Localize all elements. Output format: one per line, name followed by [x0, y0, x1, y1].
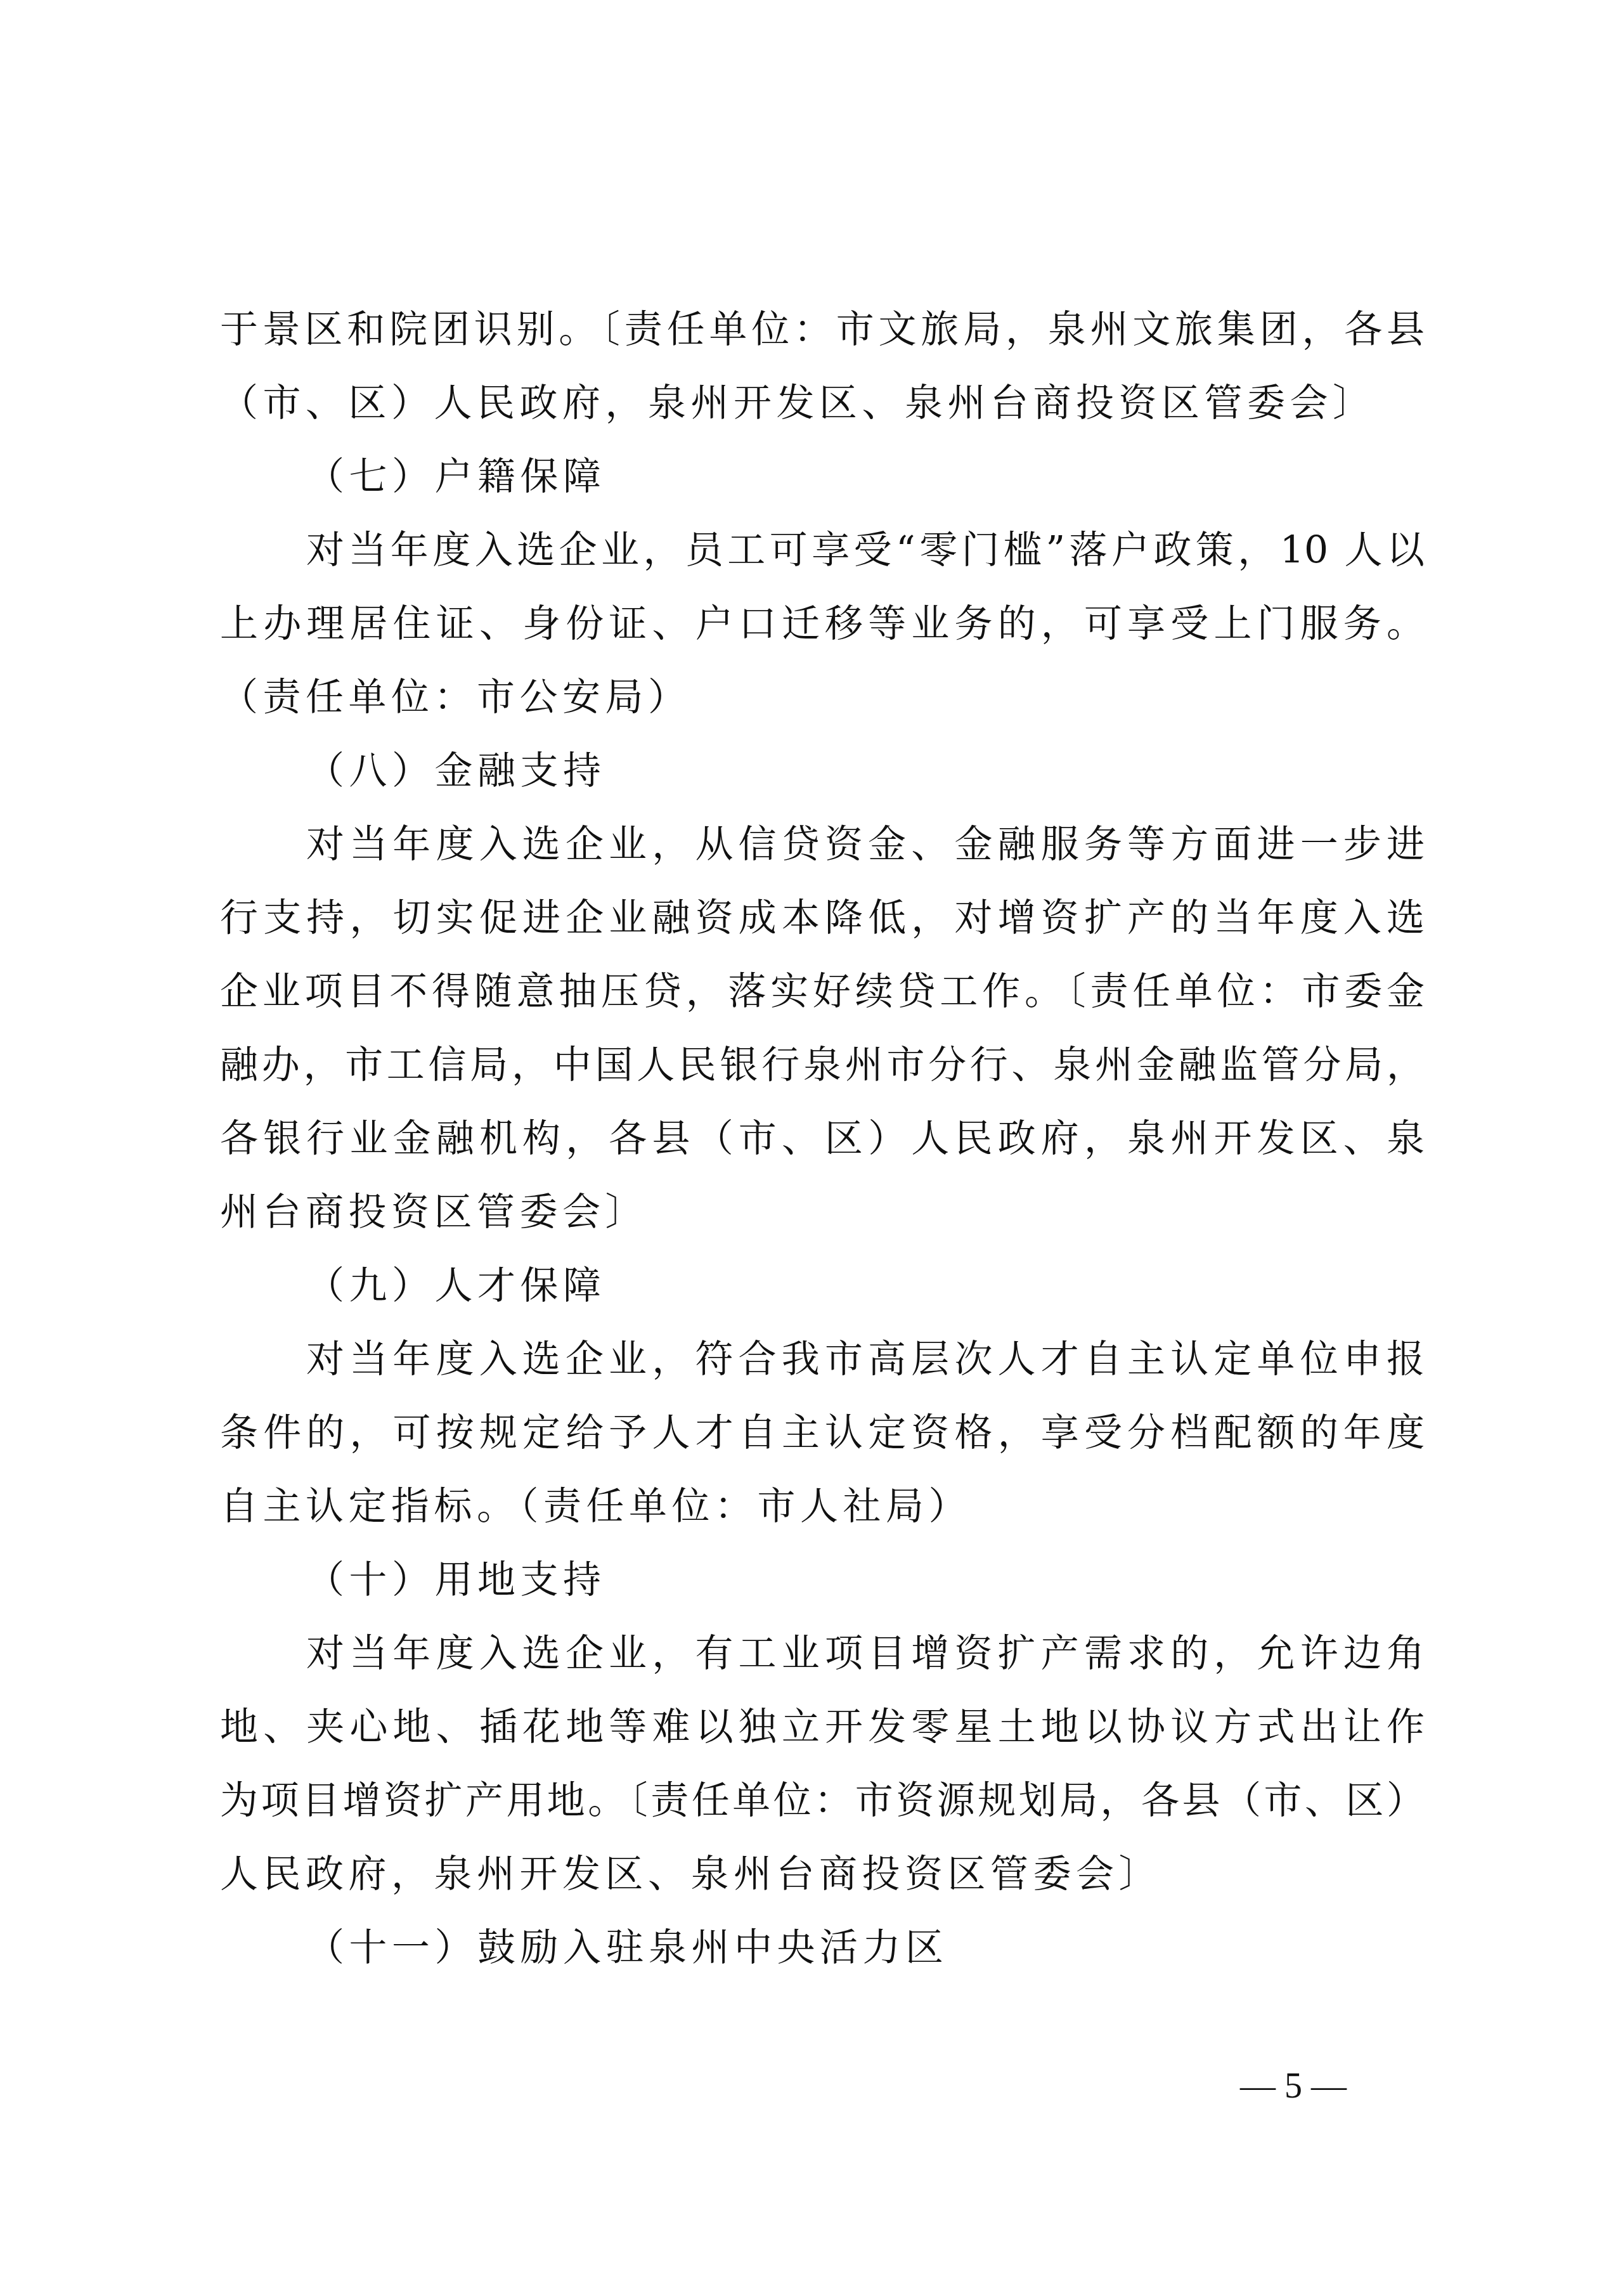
- paragraph-line: 自主认定指标。（责任单位：市人社局）: [220, 1470, 1425, 1543]
- paragraph-line: 条件的，可按规定给予人才自主认定资格，享受分档配额的年度: [220, 1396, 1425, 1470]
- paragraph-line: 对当年度入选企业，有工业项目增资扩产需求的，允许边角: [306, 1617, 1425, 1690]
- section-heading-central-zone: （十一）鼓励入驻泉州中央活力区: [306, 1911, 1425, 1985]
- paragraph-line: 上办理居住证、身份证、户口迁移等业务的，可享受上门服务。: [220, 587, 1425, 661]
- paragraph-line: 对当年度入选企业，符合我市高层次人才自主认定单位申报: [306, 1323, 1425, 1396]
- paragraph-line: 为项目增资扩产用地。〔责任单位：市资源规划局，各县（市、区）: [220, 1764, 1425, 1838]
- paragraph-line: 行支持，切实促进企业融资成本降低，对增资扩产的当年度入选: [220, 881, 1425, 955]
- section-heading-hukou: （七）户籍保障: [306, 440, 1425, 514]
- paragraph-line: 对当年度入选企业，从信贷资金、金融服务等方面进一步进: [306, 808, 1425, 881]
- section-heading-finance: （八）金融支持: [306, 734, 1425, 808]
- paragraph-line: 企业项目不得随意抽压贷，落实好续贷工作。〔责任单位：市委金: [220, 955, 1425, 1028]
- page-number: — 5 —: [1217, 2061, 1369, 2111]
- section-heading-talent: （九）人才保障: [306, 1249, 1425, 1323]
- paragraph-line: （责任单位：市公安局）: [220, 661, 1425, 734]
- document-page: 于景区和院团识别。〔责任单位：市文旅局，泉州文旅集团，各县 （市、区）人民政府，…: [0, 0, 1623, 2296]
- paragraph-line: 各银行业金融机构，各县（市、区）人民政府，泉州开发区、泉: [220, 1102, 1425, 1176]
- paragraph-line: 于景区和院团识别。〔责任单位：市文旅局，泉州文旅集团，各县: [220, 293, 1425, 366]
- paragraph-line: 对当年度入选企业，员工可享受“零门槛”落户政策，10 人以: [306, 514, 1425, 587]
- paragraph-line: 人民政府，泉州开发区、泉州台商投资区管委会〕: [220, 1838, 1425, 1911]
- paragraph-line: 融办，市工信局，中国人民银行泉州市分行、泉州金融监管分局，: [220, 1028, 1425, 1102]
- section-heading-land: （十）用地支持: [306, 1543, 1425, 1617]
- paragraph-line: 地、夹心地、插花地等难以独立开发零星土地以协议方式出让作: [220, 1690, 1425, 1764]
- paragraph-line: （市、区）人民政府，泉州开发区、泉州台商投资区管委会〕: [220, 366, 1425, 440]
- paragraph-line: 州台商投资区管委会〕: [220, 1176, 1425, 1249]
